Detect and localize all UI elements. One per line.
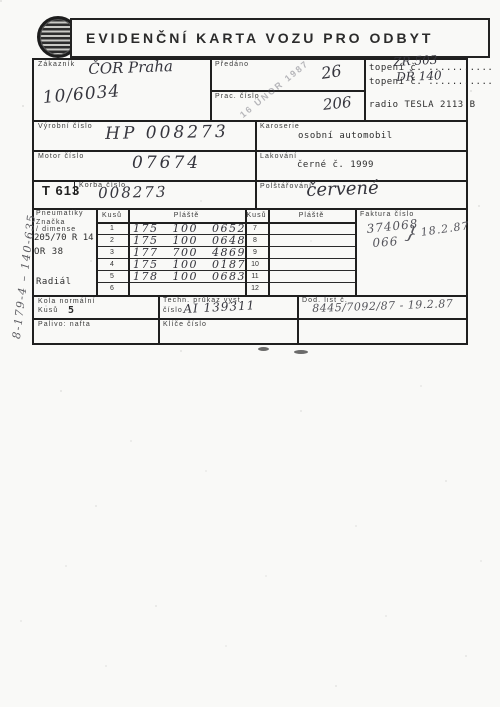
grid-line: [355, 208, 357, 295]
column-header-plaste-right: Pláště: [268, 212, 355, 219]
tires-dimension-label: / dimense: [36, 226, 76, 233]
engine-number-handwritten: 07674: [132, 153, 201, 173]
tire-row-number: 5: [97, 273, 127, 280]
tire-row-number: 6: [97, 285, 127, 292]
page-title: EVIDENČNÍ KARTA VOZU PRO ODBYT: [72, 30, 433, 46]
heating2-value-handwritten: DŘ 140: [396, 68, 442, 84]
handover-value-handwritten: 26: [320, 61, 343, 83]
tire-dimension-value: 205/70 R 14: [34, 233, 94, 243]
fuel-value: nafta: [70, 321, 91, 328]
customer-number-handwritten: 10/6034: [42, 81, 121, 108]
tire-brand-value: OR 38: [34, 247, 64, 257]
tire-row-number: 11: [242, 273, 268, 280]
upholstery-label: Polštářování: [260, 183, 312, 190]
grid-line: [158, 295, 160, 345]
production-number-handwritten: HP 008273: [105, 122, 229, 144]
body-type-label: Karoserie: [260, 123, 300, 130]
work-number-value-handwritten: 206: [322, 93, 352, 114]
tire-construction-value: Radiál: [36, 277, 72, 287]
grid-line: [128, 208, 130, 295]
korba-number-handwritten: 008273: [98, 183, 168, 202]
column-header-plaste-left: Pláště: [128, 212, 245, 219]
wheels-count-label: Kusů: [38, 307, 58, 314]
column-header-kusu-left: Kusů: [96, 212, 128, 219]
grid-line: [210, 90, 366, 92]
paint-label: Lakování: [260, 153, 297, 160]
wheels-label: Kola normální: [38, 298, 96, 305]
body-type-value: osobní automobil: [298, 131, 393, 141]
tire-row-number: 7: [242, 225, 268, 232]
tire-row-number: 8: [242, 237, 268, 244]
grid-line: [32, 150, 468, 152]
engine-number-label: Motor číslo: [38, 153, 84, 160]
customer-name-handwritten: ČOR Praha: [88, 57, 173, 78]
fuel-line: Palivo: nafta: [38, 321, 91, 328]
paint-value: černé č. 1999: [297, 160, 374, 170]
ink-smudge: [294, 350, 308, 354]
grid-line: [32, 120, 468, 122]
invoice-number2-handwritten: 066: [372, 234, 399, 250]
tires-brand-label: Značka: [36, 219, 66, 226]
keys-number-label: Klíče číslo: [163, 321, 207, 328]
tech-certificate-number-handwritten: AI 139311: [183, 298, 256, 316]
model-type: T 613: [42, 183, 80, 198]
heating1-value-handwritten: ZR 503: [393, 53, 438, 69]
tire-row-number: 3: [97, 249, 127, 256]
grid-line: [297, 295, 299, 345]
upholstery-value-handwritten: červené: [306, 177, 379, 201]
paper-noise: [0, 0, 2, 2]
grid-line: [32, 318, 468, 320]
grid-line: [255, 120, 257, 208]
fuel-label: Palivo:: [38, 321, 67, 328]
scanned-document: EVIDENČNÍ KARTA VOZU PRO ODBYT Zákazník …: [0, 0, 500, 707]
grid-line: [32, 343, 468, 345]
tire-serial-handwritten: 178 100 0683: [133, 270, 243, 283]
radio-value: radio TESLA 2113 B: [369, 100, 476, 110]
tech-certificate-number-label: číslo: [163, 307, 183, 314]
production-number-label: Výrobní číslo: [38, 123, 93, 130]
wheels-count-value: 5: [68, 305, 75, 316]
tire-row-number: 2: [97, 237, 127, 244]
tire-row-number: 10: [242, 261, 268, 268]
tire-row-number: 9: [242, 249, 268, 256]
grid-line: [210, 58, 212, 120]
handover-label: Předáno: [215, 61, 249, 68]
grid-line: [364, 58, 366, 120]
grid-line: [268, 208, 270, 295]
tire-row-number: 4: [97, 261, 127, 268]
tire-row-number: 1: [97, 225, 127, 232]
ink-smudge: [258, 347, 269, 351]
invoice-date-handwritten: 18.2.87: [420, 219, 470, 239]
column-header-kusu-right: Kusů: [243, 212, 270, 219]
grid-line: [32, 295, 468, 297]
document-title-box: EVIDENČNÍ KARTA VOZU PRO ODBYT: [70, 18, 490, 58]
customer-label: Zákazník: [38, 61, 75, 68]
tires-label: Pneumatiky: [36, 210, 84, 217]
tire-row-number: 12: [242, 285, 268, 292]
